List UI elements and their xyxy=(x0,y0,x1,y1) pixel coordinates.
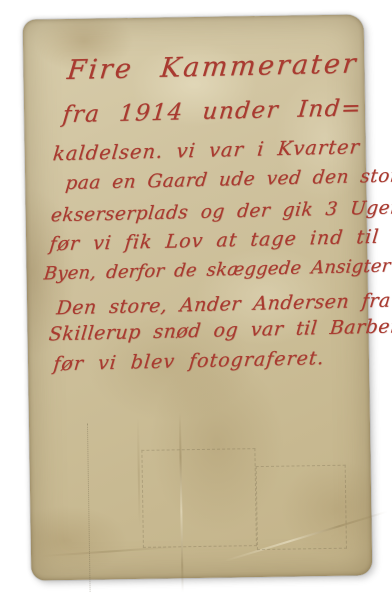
handwriting-line: Byen, derfor de skæggede Ansigter xyxy=(43,256,392,285)
handwriting-line: Den store, Ander Andersen fra xyxy=(55,290,392,320)
handwriting-line: fra 1914 under Ind= xyxy=(61,95,363,128)
handwriting-line: Skillerup snød og var til Barber xyxy=(48,315,392,345)
scan-background: Fire Kammerater fra 1914 under Ind= kald… xyxy=(0,0,392,600)
handwriting-line: før vi fik Lov at tage ind til xyxy=(48,226,380,256)
postcard-back: Fire Kammerater fra 1914 under Ind= kald… xyxy=(23,14,373,580)
handwriting-line: Fire Kammerater xyxy=(66,48,360,86)
handwriting-line: kaldelsen. vi var i Kvarter xyxy=(52,135,361,165)
handwriting-line: paa en Gaard ude ved den store xyxy=(64,165,392,194)
handwriting-line: før vi blev fotograferet. xyxy=(52,347,325,375)
handwriting-line: ekserserplads og der gik 3 Uger xyxy=(50,197,392,226)
handwritten-note: Fire Kammerater fra 1914 under Ind= kald… xyxy=(23,14,373,580)
